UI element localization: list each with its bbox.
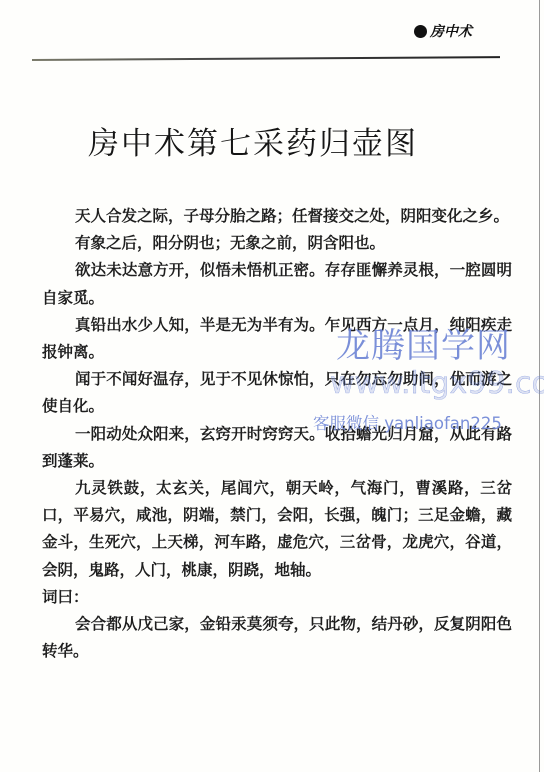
paragraph: 天人合发之际，子母分胎之路；任督接交之处，阴阳变化之乡。 (42, 202, 512, 229)
filled-circle-icon (414, 25, 427, 38)
running-head-label: 房中术 (430, 21, 472, 41)
header-rule (32, 56, 500, 61)
body-text: 天人合发之际，子母分胎之路；任督接交之处，阴阳变化之乡。 有象之后，阳分阴也；无… (42, 202, 512, 664)
paragraph: 一阳动处众阳来，玄窍开时窍窍天。收拾蟾光归月窟，从此有路到蓬莱。 (42, 420, 512, 474)
page-title: 房中术第七采药归壶图 (88, 118, 468, 163)
paragraph: 有象之后，阳分阴也；无象之前，阴含阳也。 (42, 229, 512, 256)
page-edge-border (539, 0, 540, 772)
running-head: 房中术 (414, 20, 472, 42)
scanned-page: 房中术 房中术第七采药归壶图 天人合发之际，子母分胎之路；任督接交之处，阴阳变化… (0, 0, 544, 772)
verse-heading: 词曰： (42, 583, 512, 610)
paragraph-acupoints: 九灵铁鼓，太玄关，尾闾穴，朝天岭，气海门，曹溪路，三岔口，平易穴，咸池，阴端，禁… (42, 474, 512, 583)
verse-paragraph: 会合都从戊己家，金铅汞莫须夸，只此物，结丹砂，反复阴阳色转华。 (42, 610, 512, 664)
paragraph: 欲达未达意方开，似悟未悟机正密。存存匪懈养灵根，一腔圆明自家觅。 (42, 256, 512, 310)
paragraph: 真铅出水少人知，半是无为半有为。乍见西方一点月，纯阳疾走报钟离。 (42, 311, 512, 365)
paragraph: 闻于不闻好温存，见于不见休惊怕，只在勿忘勿助间，优而游之使自化。 (42, 365, 512, 419)
